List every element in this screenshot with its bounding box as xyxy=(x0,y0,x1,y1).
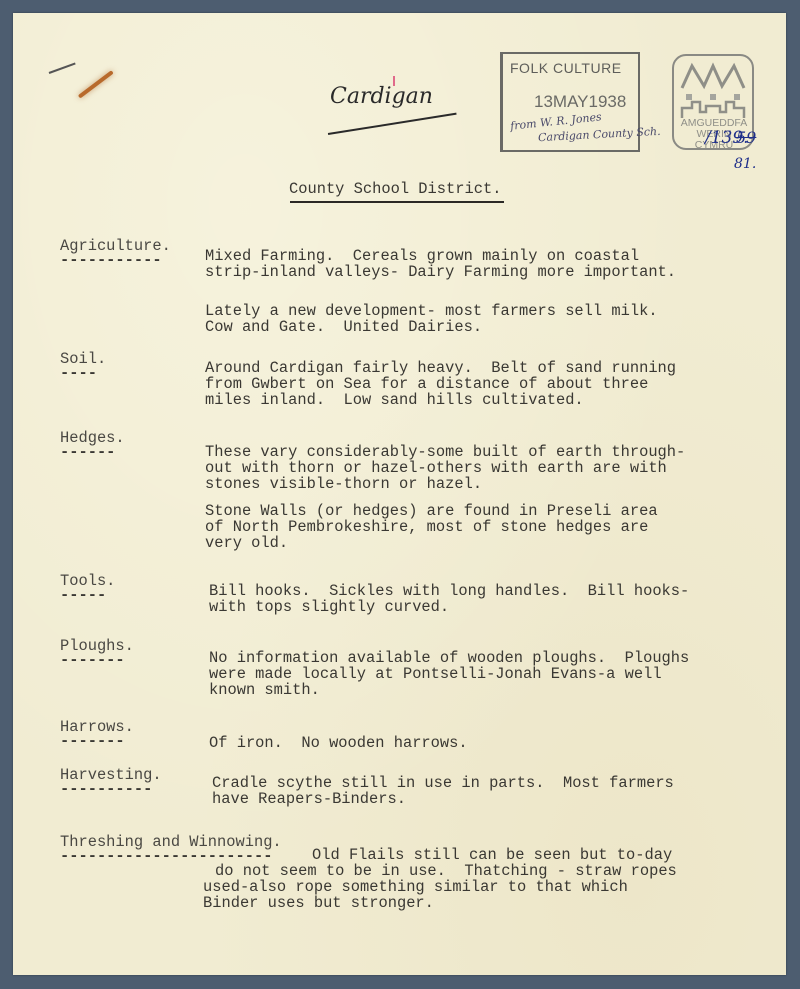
section-heading-underline: ------- xyxy=(60,733,125,749)
section-heading-underline: ----- xyxy=(60,587,106,603)
section-text-line: Stone Walls (or hedges) are found in Pre… xyxy=(205,503,658,519)
section-text-line: Binder uses but stronger. xyxy=(203,895,434,911)
section-text-line: These vary considerably-some built of ea… xyxy=(205,444,685,460)
section-text-line: Around Cardigan fairly heavy. Belt of sa… xyxy=(205,360,676,376)
title-underline xyxy=(290,201,504,203)
section-text-line: Lately a new development- most farmers s… xyxy=(205,303,658,319)
handwritten-heading: Cardigan xyxy=(330,84,433,109)
stamp-label: FOLK CULTURE xyxy=(510,60,622,76)
section-text-line: out with thorn or hazel-others with eart… xyxy=(205,460,667,476)
section-heading-underline: ---------- xyxy=(60,781,152,797)
document-title: County School District. xyxy=(289,181,501,197)
section-text-line: Cow and Gate. United Dairies. xyxy=(205,319,482,335)
section-text-line: used-also rope something similar to that… xyxy=(203,879,628,895)
section-heading-underline: ------- xyxy=(60,652,125,668)
section-text-line: Cradle scythe still in use in parts. Mos… xyxy=(212,775,674,791)
section-text-line: Bill hooks. Sickles with long handles. B… xyxy=(209,583,689,599)
section-text-line: from Gwbert on Sea for a distance of abo… xyxy=(205,376,648,392)
section-text-line: Mixed Farming. Cereals grown mainly on c… xyxy=(205,248,639,264)
section-heading-underline: ----------- xyxy=(60,252,162,268)
section-text-line: have Reapers-Binders. xyxy=(212,791,406,807)
section-text-line: Old Flails still can be seen but to-day xyxy=(312,847,672,863)
stamp-date: 13MAY1938 xyxy=(534,92,626,112)
section-text-line: very old. xyxy=(205,535,288,551)
section-heading-underline: ---- xyxy=(60,365,97,381)
section-text-line: known smith. xyxy=(209,682,320,698)
reference-crossed-out: 59 xyxy=(736,128,756,147)
section-text-line: do not seem to be in use. Thatching - st… xyxy=(215,863,677,879)
section-text-line: No information available of wooden ploug… xyxy=(209,650,689,666)
section-text-line: miles inland. Low sand hills cultivated. xyxy=(205,392,584,408)
section-text-line: with tops slightly curved. xyxy=(209,599,449,615)
section-text-line: were made locally at Pontselli-Jonah Eva… xyxy=(209,666,662,682)
section-text-line: of North Pembrokeshire, most of stone he… xyxy=(205,519,648,535)
section-text-line: strip-inland valleys- Dairy Farming more… xyxy=(205,264,676,280)
section-text-line: Of iron. No wooden harrows. xyxy=(209,735,468,751)
section-heading-underline: ------ xyxy=(60,444,115,460)
reference-new-number: 81. xyxy=(734,156,756,172)
document-page xyxy=(13,13,786,975)
section-text-line: stones visible-thorn or hazel. xyxy=(205,476,482,492)
